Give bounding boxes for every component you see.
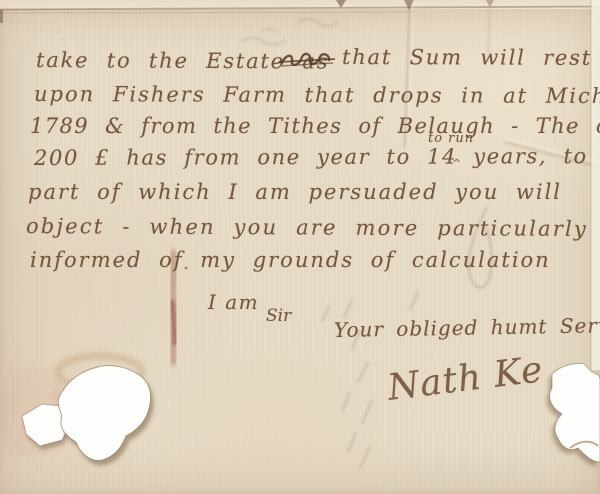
body-line-3: 1789 & from the Tithes of Belaugh - The …	[30, 114, 600, 138]
closing-sir: Sir	[266, 306, 291, 326]
closing-i-am: I am	[208, 290, 259, 314]
body-line-7: informed of my grounds of calculation	[30, 248, 551, 272]
letter-photo: take to the Estate as that Sum will rest…	[0, 0, 600, 494]
handwriting-layer: take to the Estate as that Sum will rest…	[0, 0, 600, 494]
body-line-1-end: that Sum will rest	[342, 45, 592, 70]
body-line-4: 200 £ has from one year to 14 years, to …	[34, 144, 600, 170]
closing-valediction: Your obliged humt Servt	[334, 313, 600, 342]
body-line-2: upon Fishers Farm that drops in at Micha…	[34, 82, 600, 108]
signature: Nath Ke	[386, 349, 546, 409]
scribbled-out-word	[278, 49, 338, 75]
body-line-5: part of which I am persuaded you will	[28, 180, 562, 204]
body-line-6: object - when you are more particularly	[26, 214, 588, 241]
